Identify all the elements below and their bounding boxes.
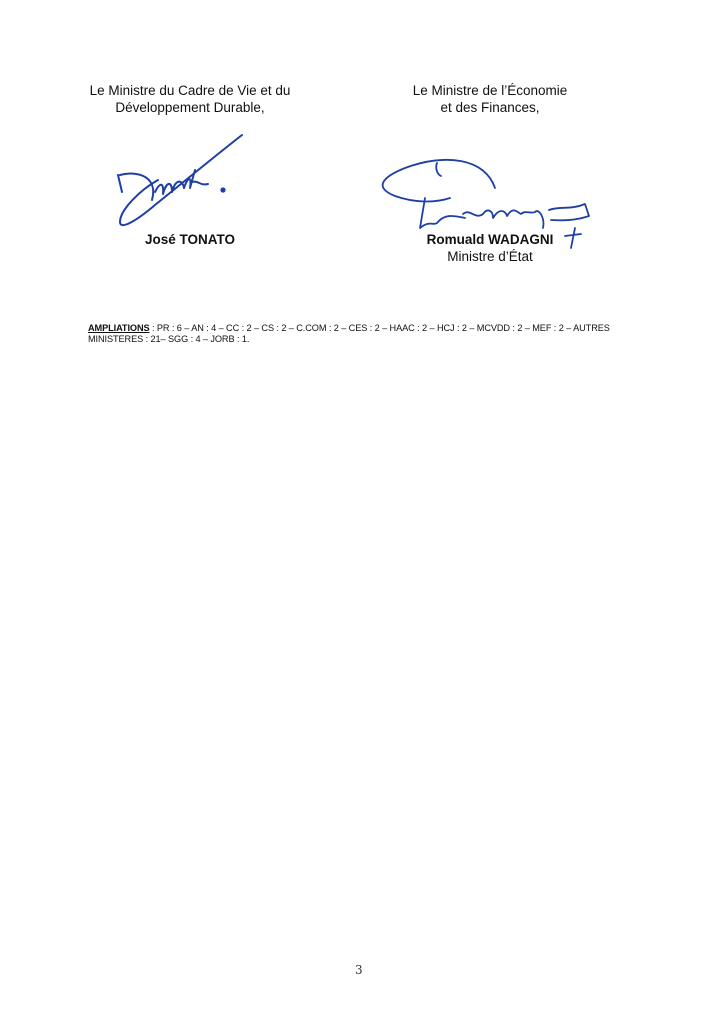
title-line: Le Ministre de l’Économie (360, 82, 620, 99)
signatory-right-name: Romuald WADAGNI (360, 232, 620, 247)
signatory-right-title: Le Ministre de l’Économie et des Finance… (360, 82, 620, 116)
signatory-left-name: José TONATO (60, 232, 320, 247)
title-line: Développement Durable, (60, 99, 320, 116)
signatory-left-title: Le Ministre du Cadre de Vie et du Dévelo… (60, 82, 320, 116)
ampliations-label: AMPLIATIONS (88, 323, 150, 333)
page-number: 3 (355, 963, 363, 977)
title-line: et des Finances, (360, 99, 620, 116)
ampliations-text: : PR : 6 – AN : 4 – CC : 2 – CS : 2 – C.… (88, 323, 610, 344)
signatory-right-subtitle: Ministre d’État (360, 249, 620, 264)
signature-left (100, 130, 260, 240)
ampliations-block: AMPLIATIONS : PR : 6 – AN : 4 – CC : 2 –… (88, 323, 648, 345)
title-line: Le Ministre du Cadre de Vie et du (60, 82, 320, 99)
